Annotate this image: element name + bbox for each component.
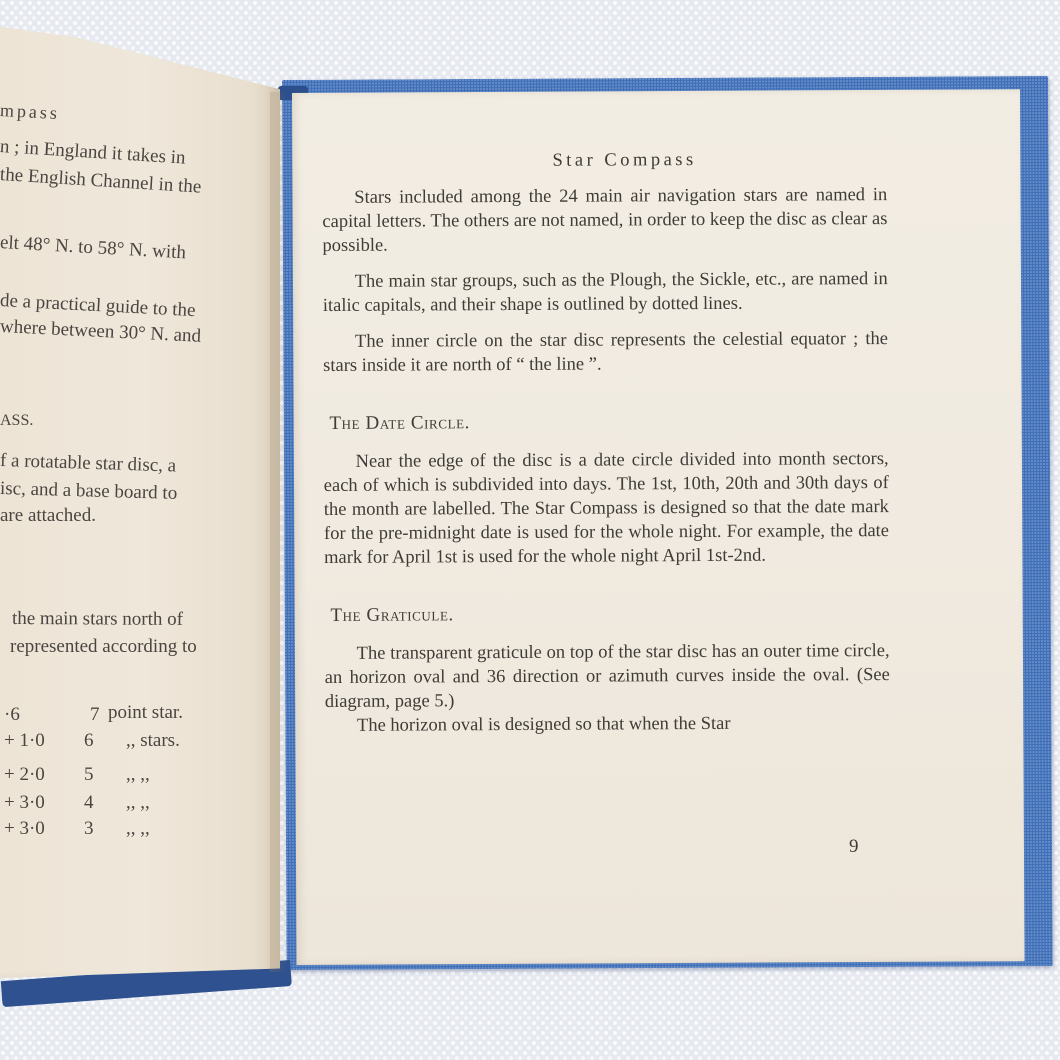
magnitude-points: 3 xyxy=(84,818,94,840)
left-page-text: mpass n ; in England it takes in the Eng… xyxy=(0,0,290,1060)
gutter-shadow xyxy=(270,92,294,972)
paragraph: The main star groups, such as the Plough… xyxy=(323,267,888,318)
right-page-text: Star Compass Stars included among the 24… xyxy=(322,147,890,738)
magnitude-range: + 1·0 xyxy=(4,730,45,752)
left-section-head: ASS. xyxy=(0,412,33,430)
left-text-line: n ; in England it takes in xyxy=(0,136,186,170)
left-text-line: the main stars north of xyxy=(12,608,183,631)
magnitude-range: + 3·0 xyxy=(4,792,45,814)
magnitude-points: 5 xyxy=(84,764,94,786)
paragraph: The transparent graticule on top of the … xyxy=(325,639,890,714)
magnitude-points: 7 xyxy=(90,704,100,726)
page-number: 9 xyxy=(849,836,859,858)
magnitude-unit: ,, stars. xyxy=(126,730,180,752)
magnitude-unit: ,, ,, xyxy=(126,792,150,814)
paragraph: Stars included among the 24 main air nav… xyxy=(322,183,887,258)
running-head: Star Compass xyxy=(322,147,887,174)
magnitude-points: 6 xyxy=(84,730,94,752)
magnitude-unit: ,, ,, xyxy=(126,818,150,840)
left-running-head: mpass xyxy=(0,100,60,124)
paragraph: The horizon oval is designed so that whe… xyxy=(325,711,890,738)
magnitude-range: ·6 xyxy=(4,704,20,726)
paragraph: Near the edge of the disc is a date circ… xyxy=(324,447,890,570)
section-heading-graticule: The Graticule. xyxy=(330,601,889,628)
left-text-line: isc, and a base board to xyxy=(0,478,178,505)
left-text-line: are attached. xyxy=(0,505,96,527)
magnitude-unit: point star. xyxy=(108,702,183,724)
left-text-line: represented according to xyxy=(10,636,197,658)
magnitude-points: 4 xyxy=(84,792,94,814)
left-text-line: elt 48° N. to 58° N. with xyxy=(0,232,187,264)
magnitude-range: + 2·0 xyxy=(4,764,45,786)
paragraph: The inner circle on the star disc repres… xyxy=(323,327,888,378)
magnitude-unit: ,, ,, xyxy=(126,764,150,786)
left-text-line: f a rotatable star disc, a xyxy=(0,450,176,478)
section-heading-date-circle: The Date Circle. xyxy=(329,409,888,436)
magnitude-range: + 3·0 xyxy=(4,818,45,840)
left-text-line: the English Channel in the xyxy=(0,164,202,199)
